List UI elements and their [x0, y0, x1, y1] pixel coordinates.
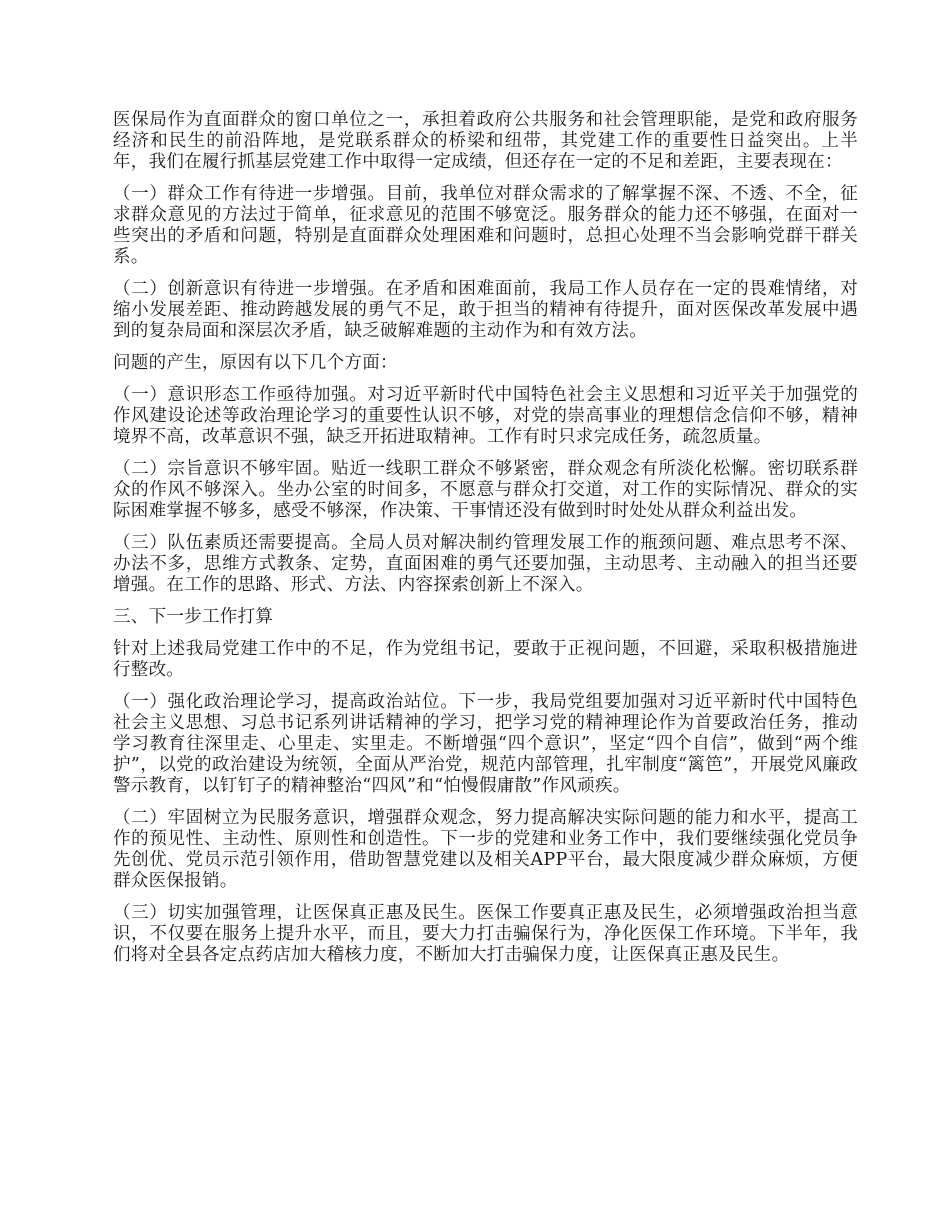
cause-3-paragraph: （三）队伍素质还需要提高。全局人员对解决制约管理发展工作的瓶颈问题、难点思考不深… [113, 533, 858, 596]
plan-intro-paragraph: 针对上述我局党建工作中的不足，作为党组书记，要敢于正视问题，不回避，采取积极措施… [113, 639, 858, 681]
cause-2-paragraph: （二）宗旨意识不够牢固。贴近一线职工群众不够紧密，群众观念有所淡化松懈。密切联系… [113, 459, 858, 522]
plan-3-paragraph: （三）切实加强管理，让医保真正惠及民生。医保工作要真正惠及民生，必须增强政治担当… [113, 903, 858, 966]
section-3-heading: 三、下一步工作打算 [113, 607, 858, 628]
problem-2-paragraph: （二）创新意识有待进一步增强。在矛盾和困难面前，我局工作人员存在一定的畏难情绪，… [113, 279, 858, 342]
plan-2-paragraph: （二）牢固树立为民服务意识，增强群众观念，努力提高解决实际问题的能力和水平，提高… [113, 808, 858, 892]
intro-paragraph: 医保局作为直面群众的窗口单位之一，承担着政府公共服务和社会管理职能，是党和政府服… [113, 110, 858, 173]
causes-heading: 问题的产生，原因有以下几个方面： [113, 353, 858, 374]
problem-1-paragraph: （一）群众工作有待进一步增强。目前，我单位对群众需求的了解掌握不深、不透、不全，… [113, 184, 858, 268]
document-page: 医保局作为直面群众的窗口单位之一，承担着政府公共服务和社会管理职能，是党和政府服… [113, 110, 858, 977]
plan-1-paragraph: （一）强化政治理论学习，提高政治站位。下一步，我局党组要加强对习近平新时代中国特… [113, 692, 858, 797]
cause-1-paragraph: （一）意识形态工作亟待加强。对习近平新时代中国特色社会主义思想和习近平关于加强党… [113, 385, 858, 448]
